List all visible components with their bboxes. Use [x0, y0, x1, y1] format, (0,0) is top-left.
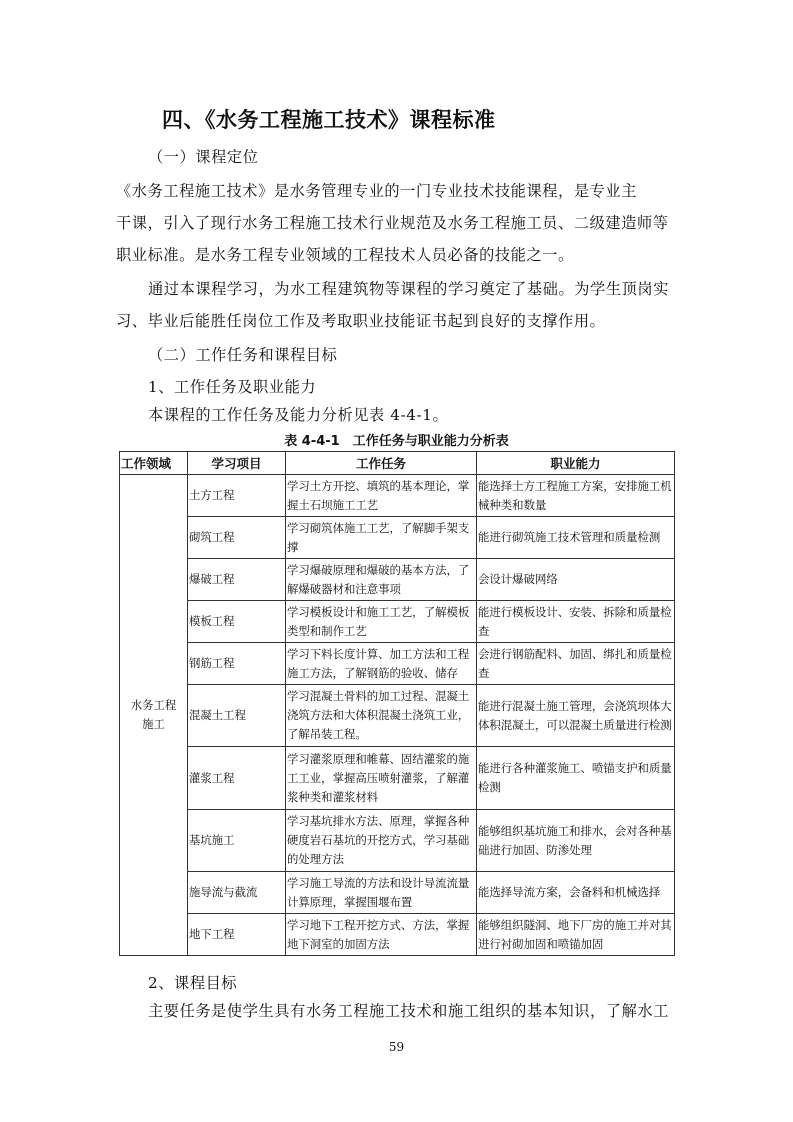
domain-cell: 水务工程施工 — [120, 475, 188, 956]
table-caption: 表 4-4-1 工作任务与职业能力分析表 — [0, 430, 793, 449]
task-cell: 学习模板设计和施工工艺，了解模板类型和制作工艺 — [286, 601, 477, 643]
ability-cell: 能进行各种灌浆施工、喷锚支护和质量检测 — [477, 747, 675, 810]
section-title-positioning: （一）课程定位 — [148, 146, 259, 167]
task-cell: 学习爆破原理和爆破的基本方法，了解爆破器材和注意事项 — [286, 559, 477, 601]
project-cell: 土方工程 — [188, 475, 286, 517]
table-row: 基坑施工 学习基坑排水方法、原理，掌握各种硬度岩石基坑的开挖方式，学习基础的处理… — [120, 810, 675, 872]
project-cell: 钢筋工程 — [188, 643, 286, 685]
ability-cell: 能够组织基坑施工和排水，会对各种基础进行加固、防渗处理 — [477, 810, 675, 872]
ability-cell: 能进行模板设计、安装、拆除和质量检查 — [477, 601, 675, 643]
task-cell: 学习基坑排水方法、原理，掌握各种硬度岩石基坑的开挖方式，学习基础的处理方法 — [286, 810, 477, 872]
table-header-row: 工作领域 学习项目 工作任务 职业能力 — [120, 452, 675, 475]
page-number: 59 — [0, 1040, 793, 1054]
header-domain: 工作领域 — [120, 452, 188, 475]
project-cell: 混凝土工程 — [188, 685, 286, 747]
paragraph-line: 干课，引入了现行水务工程施工技术行业规范及水务工程施工员、二级建造师等 — [116, 212, 669, 233]
table-row: 钢筋工程 学习下料长度计算、加工方法和工程施工方法，了解钢筋的验收、储存 会进行… — [120, 643, 675, 685]
table-row: 砌筑工程 学习砌筑体施工工艺，了解脚手架支撑 能进行砌筑施工技术管理和质量检测 — [120, 517, 675, 559]
paragraph-line: 本课程的工作任务及能力分析见表 4-4-1。 — [148, 404, 448, 425]
task-cell: 学习地下工程开挖方式、方法，掌握地下洞室的加固方法 — [286, 914, 477, 956]
header-project: 学习项目 — [188, 452, 286, 475]
header-ability: 职业能力 — [477, 452, 675, 475]
paragraph-line: 习、毕业后能胜任岗位工作及考取职业技能证书起到良好的支撑作用。 — [116, 310, 605, 331]
project-cell: 基坑施工 — [188, 810, 286, 872]
task-cell: 学习下料长度计算、加工方法和工程施工方法，了解钢筋的验收、储存 — [286, 643, 477, 685]
ability-cell: 能选择导流方案，会备料和机械选择 — [477, 872, 675, 914]
project-cell: 施导流与截流 — [188, 872, 286, 914]
ability-cell: 能选择土方工程施工方案，安排施工机械种类和数量 — [477, 475, 675, 517]
task-cell: 学习混凝土骨料的加工过程、混凝土浇筑方法和大体积混凝土浇筑工业，了解吊装工程。 — [286, 685, 477, 747]
task-cell: 学习施工导流的方法和设计导流流量计算原理，掌握围堰布置 — [286, 872, 477, 914]
table-row: 爆破工程 学习爆破原理和爆破的基本方法，了解爆破器材和注意事项 会设计爆破网络 — [120, 559, 675, 601]
paragraph-line: 通过本课程学习，为水工程建筑物等课程的学习奠定了基础。为学生顶岗实 — [148, 278, 669, 299]
table-row: 模板工程 学习模板设计和施工工艺，了解模板类型和制作工艺 能进行模板设计、安装、… — [120, 601, 675, 643]
subsection-title: 1、工作任务及职业能力 — [148, 376, 316, 397]
table-row: 混凝土工程 学习混凝土骨料的加工过程、混凝土浇筑方法和大体积混凝土浇筑工业，了解… — [120, 685, 675, 747]
paragraph-line: 主要任务是使学生具有水务工程施工技术和施工组织的基本知识，了解水工 — [148, 1000, 669, 1021]
ability-cell: 能够组织隧洞、地下厂房的施工并对其进行衬砌加固和喷锚加固 — [477, 914, 675, 956]
header-task: 工作任务 — [286, 452, 477, 475]
table-row: 灌浆工程 学习灌浆原理和帷幕、固结灌浆的施工工业，掌握高压喷射灌浆，了解灌浆种类… — [120, 747, 675, 810]
paragraph-line: 《水务工程施工技术》是水务管理专业的一门专业技术技能课程，是专业主 — [116, 180, 637, 201]
ability-cell: 能进行砌筑施工技术管理和质量检测 — [477, 517, 675, 559]
task-cell: 学习土方开挖、填筑的基本理论，掌握土石坝施工工艺 — [286, 475, 477, 517]
task-ability-table: 工作领域 学习项目 工作任务 职业能力 水务工程施工 土方工程 学习土方开挖、填… — [119, 451, 675, 956]
subsection-title: 2、课程目标 — [148, 972, 237, 993]
table-row: 施导流与截流 学习施工导流的方法和设计导流流量计算原理，掌握围堰布置 能选择导流… — [120, 872, 675, 914]
project-cell: 模板工程 — [188, 601, 286, 643]
paragraph-line: 职业标准。是水务工程专业领域的工程技术人员必备的技能之一。 — [116, 244, 574, 265]
table-row: 地下工程 学习地下工程开挖方式、方法，掌握地下洞室的加固方法 能够组织隧洞、地下… — [120, 914, 675, 956]
ability-cell: 会设计爆破网络 — [477, 559, 675, 601]
section-title-tasks: （二）工作任务和课程目标 — [148, 344, 337, 365]
task-cell: 学习灌浆原理和帷幕、固结灌浆的施工工业，掌握高压喷射灌浆，了解灌浆种类和灌浆材料 — [286, 747, 477, 810]
page-heading: 四、《水务工程施工技术》课程标准 — [162, 104, 496, 134]
project-cell: 灌浆工程 — [188, 747, 286, 810]
task-cell: 学习砌筑体施工工艺，了解脚手架支撑 — [286, 517, 477, 559]
project-cell: 砌筑工程 — [188, 517, 286, 559]
project-cell: 爆破工程 — [188, 559, 286, 601]
project-cell: 地下工程 — [188, 914, 286, 956]
table-row: 水务工程施工 土方工程 学习土方开挖、填筑的基本理论，掌握土石坝施工工艺 能选择… — [120, 475, 675, 517]
ability-cell: 会进行钢筋配料、加固、绑扎和质量检查 — [477, 643, 675, 685]
ability-cell: 能进行混凝土施工管理，会浇筑坝体大体积混凝土，可以混凝土质量进行检测 — [477, 685, 675, 747]
